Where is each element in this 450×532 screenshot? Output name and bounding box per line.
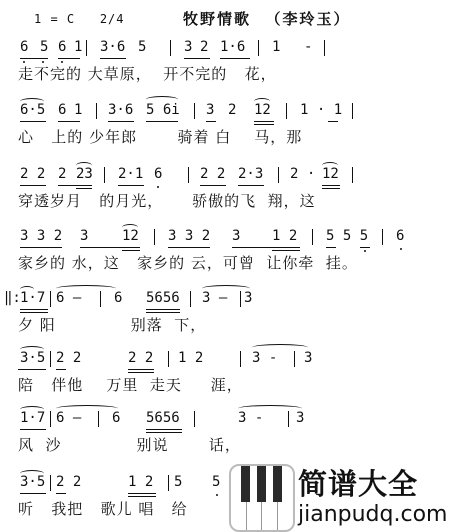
lyrics: 听 我把 歌儿 唱 给 bbox=[18, 498, 188, 519]
brand-name: 简谱大全 bbox=[298, 462, 418, 503]
lyrics: 穿透岁月 的月光， 骄傲的飞 翔，这 bbox=[18, 190, 316, 211]
notation: 6·5 61 3·6 5 6i 32 12 1 · 1 bbox=[0, 96, 450, 126]
key-signature: 1 = C 2/4 bbox=[34, 12, 125, 26]
piano-keys-icon bbox=[229, 464, 295, 532]
notation: 65 61 3·65 32 1·6 1- bbox=[0, 33, 450, 63]
lyrics: 心 上的 少年郎 骑着 白 马，那 bbox=[18, 126, 302, 147]
lyrics: 家乡的 水，这 家乡的 云，可曾 让你牵 挂。 bbox=[18, 252, 358, 273]
notation: 1·7 6 — 6 5656 3 - 3 bbox=[0, 404, 450, 434]
song-title: 牧野情歌 （李玲玉） bbox=[183, 8, 350, 29]
notation: 2 2 2 23 2·16 2 2 2·3 2 · 12 bbox=[0, 160, 450, 190]
watermark-logo: 简谱大全 jianpudq.com bbox=[226, 462, 450, 532]
lyrics: 走不完的 大草原， 开不完的 花， bbox=[18, 63, 277, 84]
lyrics: 风 沙 别说 话， bbox=[18, 434, 241, 455]
notation: 3 3 2 3 12 3 3 2 3 1 2 5 5 5 6 bbox=[0, 222, 450, 252]
repeat-start-sign: ‖: bbox=[4, 290, 21, 306]
lyrics: 陪 伴他 万里 走天 涯， bbox=[18, 374, 243, 395]
score-header: 1 = C 2/4 牧野情歌 （李玲玉） bbox=[0, 8, 450, 30]
brand-url: jianpudq.com bbox=[298, 502, 447, 527]
notation: ‖: 1·7 6 — 6 5656 3 — 3 bbox=[0, 284, 450, 314]
lyrics: 夕 阳 别落 下， bbox=[18, 314, 206, 335]
notation: 3·5 2 2 2 2 1 2 3 - 3 bbox=[0, 344, 450, 374]
